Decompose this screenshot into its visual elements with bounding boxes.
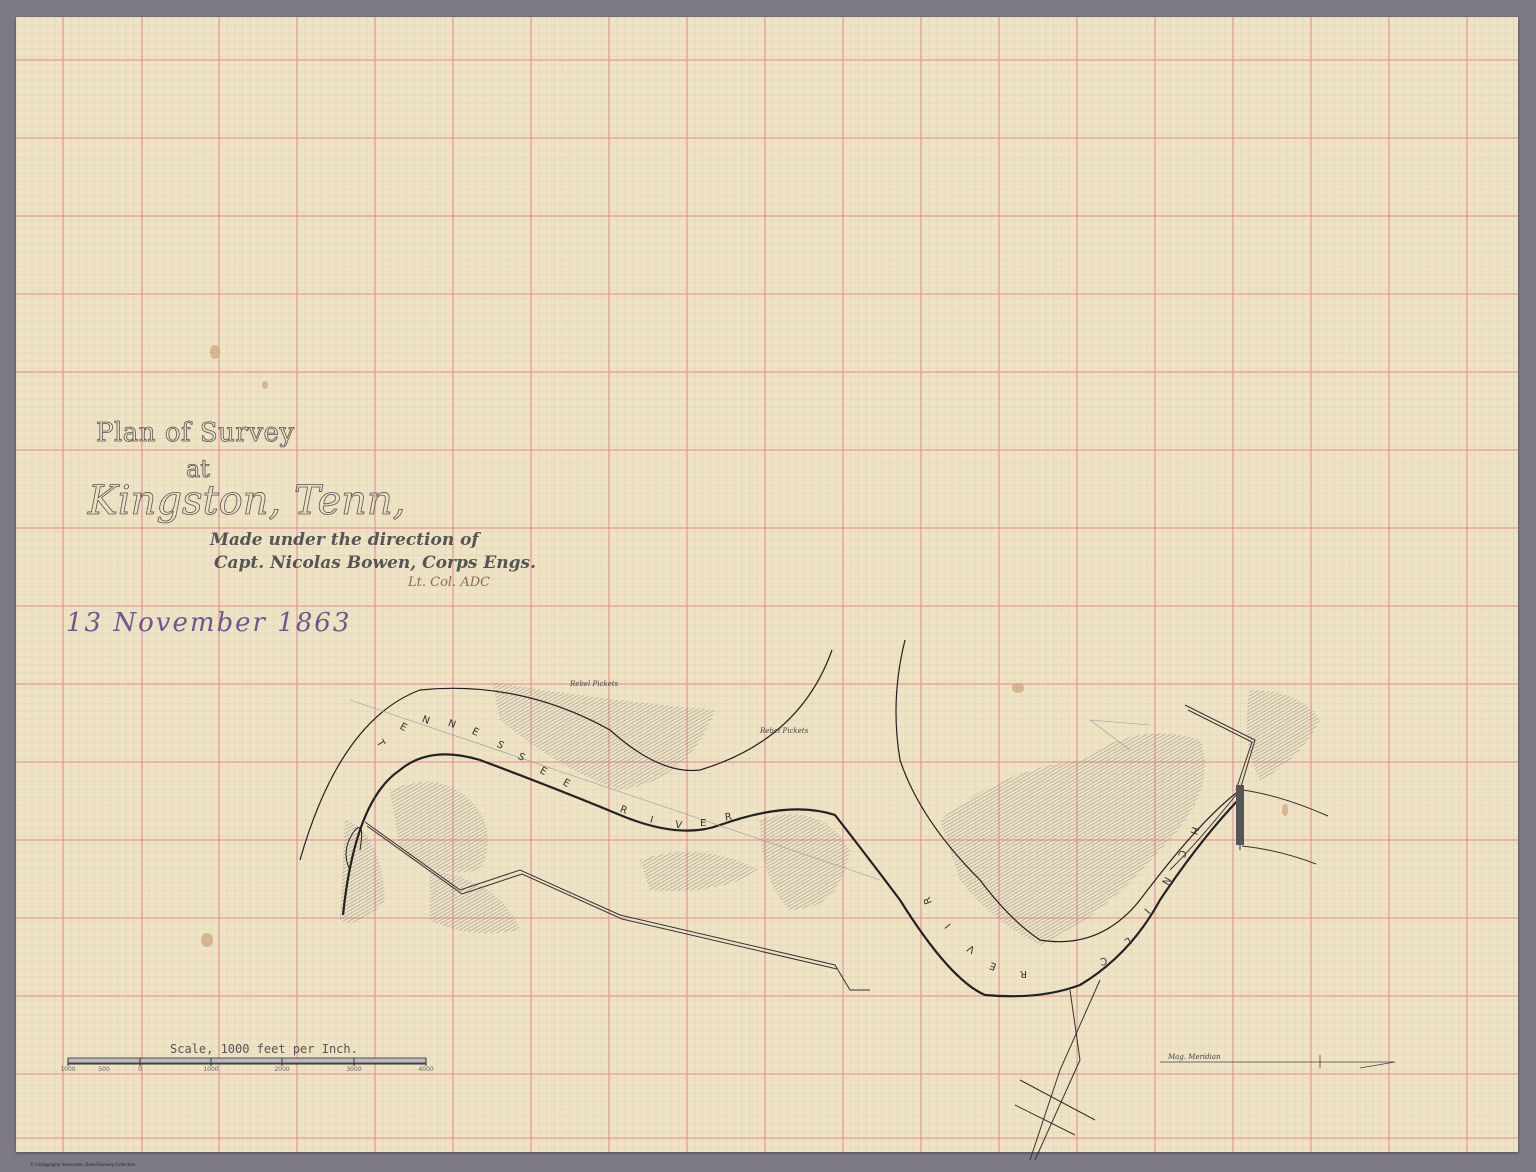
red-grid (16, 17, 1518, 1152)
date-annotation: 13 November 1863 (66, 608, 351, 638)
label-rebel-pickets: Rebel Pickets (760, 727, 808, 735)
subtitle-line2: Capt. Nicolas Bowen, Corps Engs. (214, 553, 536, 573)
scale-tick: 500 (98, 1066, 109, 1073)
survey-map-drawing (0, 0, 1536, 1172)
scale-bar (68, 1058, 426, 1066)
scale-tick: 3000 (346, 1066, 361, 1073)
scale-tick: 1000 (203, 1066, 218, 1073)
copyright-credit: © Cartography Associates, David Rumsey C… (30, 1162, 135, 1167)
scale-tick: 1000 (60, 1066, 75, 1073)
label-mag-meridian: Mag. Meridian (1168, 1053, 1221, 1061)
scale-title: Scale, 1000 feet per Inch. (170, 1042, 358, 1056)
map-title-line3: Kingston, Tenn, (88, 478, 405, 524)
scale-tick: 4000 (418, 1066, 433, 1073)
scale-tick: 2000 (274, 1066, 289, 1073)
scale-tick: 0 (138, 1066, 142, 1073)
subtitle-line1: Made under the direction of (210, 530, 479, 550)
map-title-line1: Plan of Survey (96, 418, 295, 448)
signature: Lt. Col. ADC (408, 575, 490, 590)
bridge (1236, 785, 1244, 845)
label-rebel-pickets: Rebel Pickets (570, 680, 618, 688)
